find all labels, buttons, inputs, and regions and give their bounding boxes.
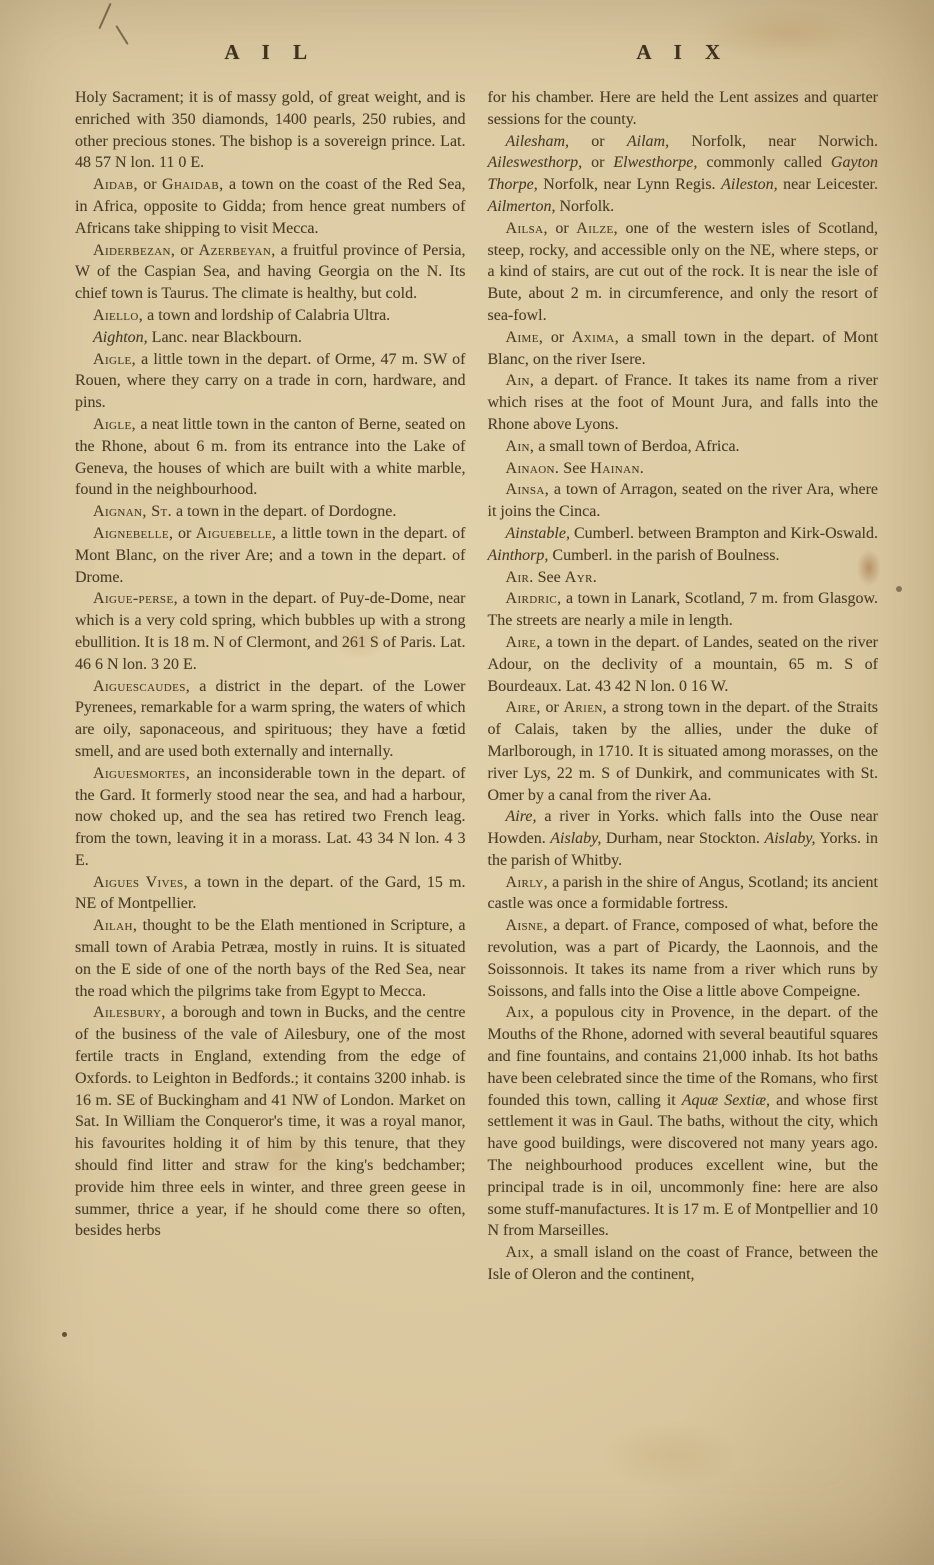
text-segment: Cumberl. in the parish of Boulness. [548,547,779,564]
entry-headword: Aiguebelle, [196,525,276,542]
entry-headword: Aighton, [93,329,148,346]
text-segment: or [582,154,613,171]
text-segment: or [543,329,572,346]
entry-paragraph: for his chamber. Here are held the Lent … [488,87,879,131]
entry-paragraph: Aigle, a neat little town in the canton … [75,414,466,501]
entry-paragraph: Aigle, a little town in the depart. of O… [75,349,466,414]
book-page: A I L A I X Holy Sacrament; it is of mas… [0,0,934,1565]
entry-headword: Azerbeyan, [199,242,276,259]
entry-headword: Aileswesthorp, [488,154,583,171]
entry-headword: Aix, [506,1244,535,1261]
entry-headword: Ailam, [627,133,669,150]
entry-headword: Ain, [506,372,535,389]
entry-headword: Aime, [506,329,544,346]
entry-headword: Aidab, [93,176,138,193]
text-segment: or [541,699,564,716]
entry-paragraph: Airly, a parish in the shire of Angus, S… [488,872,879,916]
entry-paragraph: Aigue-perse, a town in the depart. of Pu… [75,588,466,675]
entry-headword: Aignan, St. [93,503,172,520]
text-segment: a depart. of France. It takes its name f… [488,372,879,433]
text-segment: commonly called [697,154,830,171]
entry-headword: Ain, [506,438,535,455]
entry-paragraph: Ainstable, Cumberl. between Brampton and… [488,523,879,567]
entry-headword: Elwesthorpe, [613,154,697,171]
entry-headword: Ailesham, [506,133,570,150]
entry-paragraph: Aigues Vives, a town in the depart. of t… [75,872,466,916]
entry-headword: Airly, [506,874,549,891]
entry-paragraph: Aiguesmortes, an inconsiderable town in … [75,763,466,872]
entry-headword: Aigle, [93,416,136,433]
entry-paragraph: Aidab, or Ghaidab, a town on the coast o… [75,174,466,239]
text-segment: for his chamber. Here are held the Lent … [488,89,879,128]
text-segment: or [138,176,162,193]
text-segment: a small town of Berdoa, Africa. [534,438,739,455]
running-head-right: A I X [488,40,879,65]
entry-headword: Ghaidab, [162,176,224,193]
entry-paragraph: Airdric, a town in Lanark, Scotland, 7 m… [488,588,879,632]
entry-paragraph: Ailesham, or Ailam, Norfolk, near Norwic… [488,131,879,218]
entry-headword: Axima, [572,329,619,346]
left-column: Holy Sacrament; it is of massy gold, of … [75,87,466,1286]
entry-headword: Aiderbezan, [93,242,175,259]
entry-headword: Arien, [563,699,607,716]
entry-paragraph: Aime, or Axima, a small town in the depa… [488,327,879,371]
entry-headword: Aire, [506,699,541,716]
entry-paragraph: Aiguescaudes, a district in the depart. … [75,676,466,763]
entry-headword: Aignebelle, [93,525,173,542]
text-segment: or [548,220,576,237]
entry-headword: Aislaby, [550,830,601,847]
text-segment: a small island on the coast of France, b… [488,1244,879,1283]
entry-paragraph: Aighton, Lanc. near Blackbourn. [75,327,466,349]
entry-paragraph: Ailsa, or Ailze, one of the western isle… [488,218,879,327]
entry-paragraph: Aisne, a depart. of France, composed of … [488,915,879,1002]
entry-paragraph: Ain, a small town of Berdoa, Africa. [488,436,879,458]
text-segment: or [175,242,198,259]
entry-headword: Aiguesmortes, [93,765,190,782]
entry-paragraph: Aiderbezan, or Azerbeyan, a fruitful pro… [75,240,466,305]
entry-headword: Ailah, [93,917,137,934]
paper-stain [600,1420,740,1490]
text-segment: a borough and town in Bucks, and the cen… [75,1004,466,1239]
entry-headword: Aire, [506,634,541,651]
entry-headword: Ainstable, [506,525,570,542]
entry-headword: Ailze, [576,220,618,237]
text-segment: a town in the depart. of Landes, seated … [488,634,879,695]
entry-headword: Ayr. [565,569,597,586]
entry-headword: Ailmerton, [488,198,556,215]
entry-headword: Aix, [506,1004,535,1021]
text-segment: Norfolk. [556,198,615,215]
entry-headword: Ailsa, [506,220,548,237]
text-segment: Holy Sacrament; it is of massy gold, of … [75,89,466,171]
text-segment: Cumberl. between Brampton and Kirk-Oswal… [570,525,878,542]
text-segment: See [559,460,590,477]
running-heads: A I L A I X [0,0,934,83]
entry-headword: Aigue-perse, [93,590,178,607]
entry-headword: Ainthorp, [488,547,549,564]
entry-headword: Aiello, [93,307,143,324]
text-segment: or [173,525,195,542]
entry-headword: Airdric, [506,590,562,607]
entry-headword: Aislaby, [764,830,815,847]
text-segment: Norfolk, near Lynn Regis. [538,176,721,193]
entry-headword: Hainan. [590,460,644,477]
entry-headword: Ainsa, [506,481,550,498]
entry-paragraph: Aiello, a town and lordship of Calabria … [75,305,466,327]
ink-speck [62,1332,67,1337]
entry-headword: Ainaon. [506,460,560,477]
text-segment: Durham, near Stockton. [601,830,764,847]
entry-paragraph: Aignan, St. a town in the depart. of Dor… [75,501,466,523]
entry-paragraph: Air. See Ayr. [488,567,879,589]
entry-headword: Air. [506,569,534,586]
entry-headword: Aire, [506,808,537,825]
text-segment: Lanc. near Blackbourn. [148,329,302,346]
entry-paragraph: Ailah, thought to be the Elath mentioned… [75,915,466,1002]
text-segment: a town in the depart. of Dordogne. [172,503,396,520]
text-segment: Norfolk, near Norwich. [669,133,878,150]
entry-headword: Aisne, [506,917,548,934]
entry-headword: Aigues Vives, [93,874,188,891]
entry-headword: Aigle, [93,351,136,368]
entry-headword: Aquæ Sextiæ, [682,1092,770,1109]
entry-headword: Aiguescaudes, [93,678,190,695]
text-segment: See [534,569,565,586]
entry-paragraph: Ain, a depart. of France. It takes its n… [488,370,879,435]
entry-headword: Aileston, [721,176,777,193]
entry-paragraph: Ainaon. See Hainan. [488,458,879,480]
text-segment: and whose first settlement it was in Gau… [488,1092,879,1240]
entry-paragraph: Ailesbury, a borough and town in Bucks, … [75,1002,466,1242]
entry-paragraph: Aignebelle, or Aiguebelle, a little town… [75,523,466,588]
text-columns: Holy Sacrament; it is of massy gold, of … [0,83,934,1286]
text-segment: or [569,133,627,150]
entry-paragraph: Aire, a river in Yorks. which falls into… [488,806,879,871]
entry-paragraph: Aix, a small island on the coast of Fran… [488,1242,879,1286]
right-column: for his chamber. Here are held the Lent … [488,87,879,1286]
text-segment: near Leicester. [778,176,878,193]
entry-paragraph: Ainsa, a town of Arragon, seated on the … [488,479,879,523]
running-head-left: A I L [75,40,466,65]
entry-headword: Ailesbury, [93,1004,166,1021]
entry-paragraph: Aix, a populous city in Provence, in the… [488,1002,879,1242]
entry-paragraph: Aire, or Arien, a strong town in the dep… [488,697,879,806]
entry-paragraph: Aire, a town in the depart. of Landes, s… [488,632,879,697]
entry-paragraph: Holy Sacrament; it is of massy gold, of … [75,87,466,174]
text-segment: a town and lordship of Calabria Ultra. [143,307,390,324]
